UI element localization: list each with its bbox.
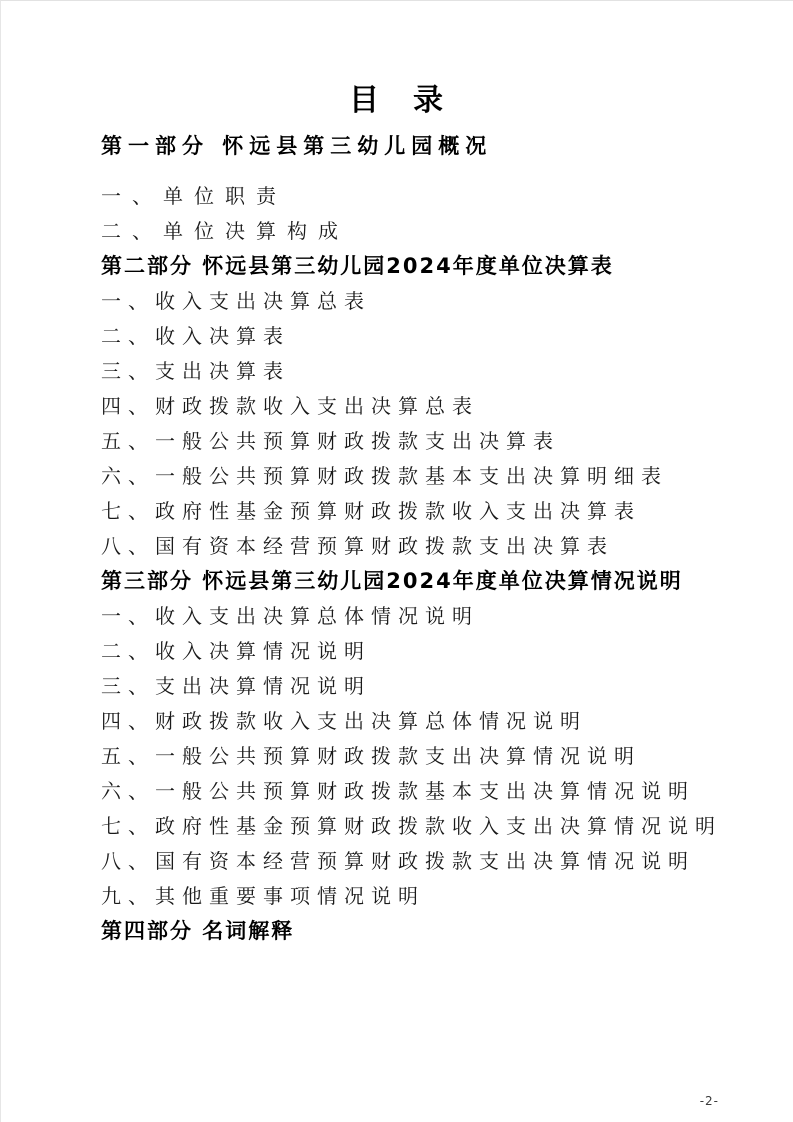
toc-item: 一、收入支出决算总体情况说明 [101,599,753,634]
toc-item: 三、支出决算表 [101,354,753,389]
toc-item: 八、国有资本经营预算财政拨款支出决算表 [101,529,753,564]
page-title: 目 录 [1,81,793,121]
toc-item: 三、支出决算情况说明 [101,669,753,704]
section-heading: 第三部分 怀远县第三幼儿园2024年度单位决算情况说明 [101,564,753,599]
toc-list: 第一部分 怀远县第三幼儿园概况一、单位职责二、单位决算构成第二部分 怀远县第三幼… [1,129,793,949]
toc-item: 五、一般公共预算财政拨款支出决算情况说明 [101,739,753,774]
toc-item: 五、一般公共预算财政拨款支出决算表 [101,424,753,459]
page-number: -2- [700,1094,719,1108]
toc-item: 二、单位决算构成 [101,214,753,249]
toc-item: 九、其他重要事项情况说明 [101,879,753,914]
toc-item: 七、政府性基金预算财政拨款收入支出决算情况说明 [101,809,753,844]
toc-item: 七、政府性基金预算财政拨款收入支出决算表 [101,494,753,529]
toc-item: 四、财政拨款收入支出决算总体情况说明 [101,704,753,739]
toc-item: 二、收入决算表 [101,319,753,354]
toc-item: 一、单位职责 [101,179,753,214]
document-page: 目 录 第一部分 怀远县第三幼儿园概况一、单位职责二、单位决算构成第二部分 怀远… [0,0,793,1122]
section-heading: 第一部分 怀远县第三幼儿园概况 [101,129,753,164]
toc-item: 一、收入支出决算总表 [101,284,753,319]
toc-item: 二、收入决算情况说明 [101,634,753,669]
toc-item: 六、一般公共预算财政拨款基本支出决算情况说明 [101,774,753,809]
toc-item: 六、一般公共预算财政拨款基本支出决算明细表 [101,459,753,494]
section-heading: 第四部分 名词解释 [101,914,753,949]
toc-item: 八、国有资本经营预算财政拨款支出决算情况说明 [101,844,753,879]
section-heading: 第二部分 怀远县第三幼儿园2024年度单位决算表 [101,249,753,284]
toc-item: 四、财政拨款收入支出决算总表 [101,389,753,424]
